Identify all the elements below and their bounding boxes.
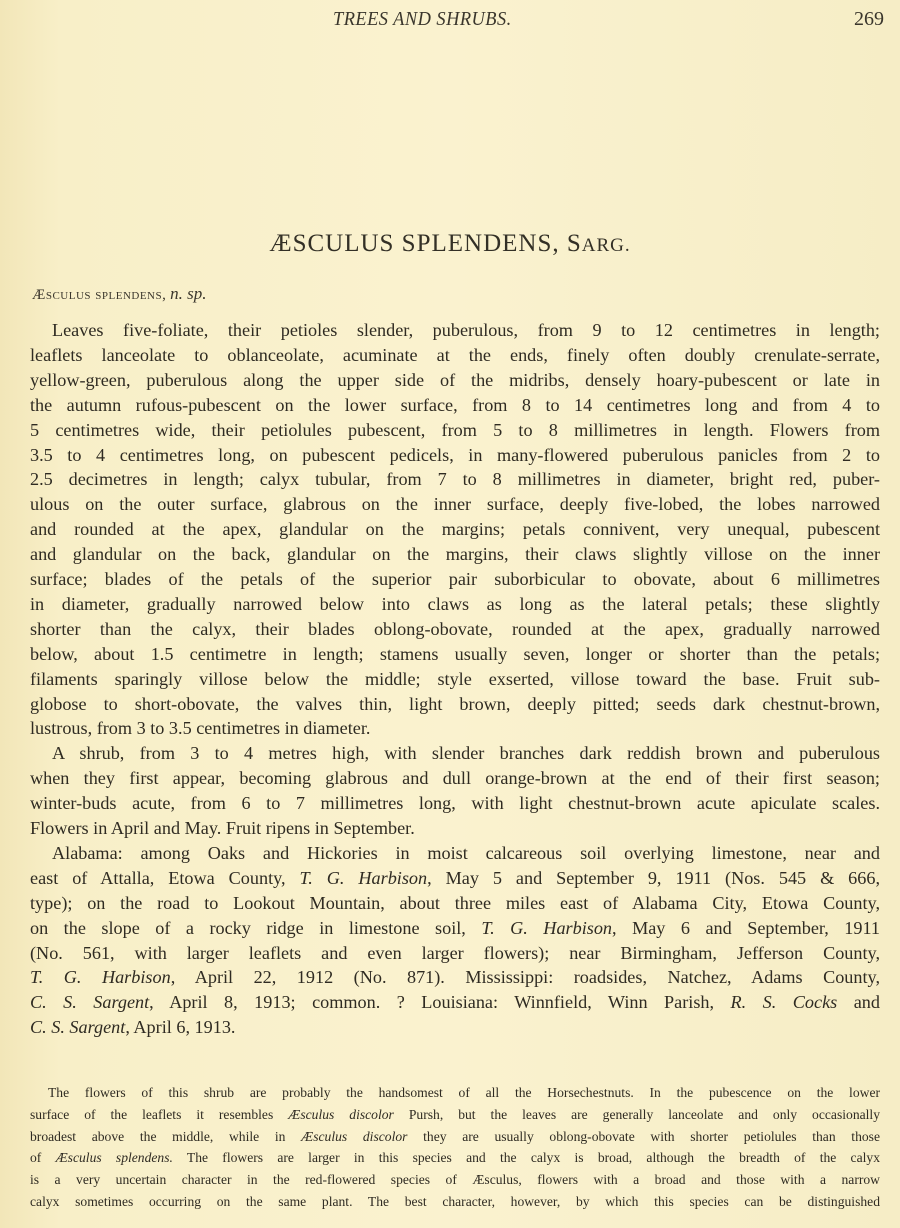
description-line: shorter than the calyx, their blades obl… (30, 617, 880, 641)
text-run: they are usually oblong-obovate with sho… (407, 1129, 880, 1144)
description-line: yellow-green, puberulous along the upper… (30, 368, 880, 392)
remarks-line: broadest above the middle, while in Æscu… (30, 1126, 880, 1148)
description-line: the autumn rufous-pubescent on the lower… (30, 393, 880, 417)
description-line: lustrous, from 3 to 3.5 centimetres in d… (30, 716, 880, 740)
description-line: and rounded at the apex, glandular on th… (30, 517, 880, 541)
collector-name: Æsculus discolor (301, 1129, 407, 1144)
habit-line: winter-buds acute, from 6 to 7 millimetr… (30, 791, 880, 815)
text-run: is a very uncertain character in the red… (30, 1172, 880, 1187)
collector-name: C. S. Sargent (30, 1017, 125, 1037)
text-run: Alabama: among Oaks and Hickories in moi… (52, 843, 880, 863)
locality-line: on the slope of a rocky ridge in limesto… (30, 916, 880, 940)
habit-line: A shrub, from 3 to 4 metres high, with s… (30, 741, 880, 765)
species-title: ÆSCULUS SPLENDENS, SARG. (0, 230, 900, 258)
collector-name: Æsculus splendens. (56, 1150, 173, 1165)
collector-name: Æsculus discolor (288, 1107, 394, 1122)
text-run: , April 6, 1913. (125, 1017, 235, 1037)
description-line: 3.5 to 4 centimetres long, on pubescent … (30, 443, 880, 467)
text-run: , April 8, 1913; common. ? Louisiana: Wi… (149, 992, 730, 1012)
description-line: globose to short-obovate, the valves thi… (30, 692, 880, 716)
remarks-line: calyx sometimes occurring on the same pl… (30, 1191, 880, 1213)
collector-name: C. S. Sargent (30, 992, 149, 1012)
text-run: and (837, 992, 880, 1012)
species-title-author: SARG. (567, 235, 631, 256)
species-title-name: ÆSCULUS SPLENDENS, (269, 230, 559, 257)
text-run: Pursh, but the leaves are generally lanc… (394, 1107, 880, 1122)
page-number: 269 (854, 8, 884, 31)
synonym-note: n. sp. (170, 284, 206, 303)
description-line: leaflets lanceolate to oblanceolate, acu… (30, 343, 880, 367)
text-run: on the slope of a rocky ridge in limesto… (30, 918, 481, 938)
locality-line: east of Attalla, Etowa County, T. G. Har… (30, 866, 880, 890)
text-run: type); on the road to Lookout Mountain, … (30, 893, 880, 913)
locality-line: (No. 561, with larger leaflets and even … (30, 941, 880, 965)
collector-name: T. G. Harbison (30, 967, 171, 987)
text-run: surface of the leaflets it resembles (30, 1107, 288, 1122)
description-line: ulous on the outer surface, glabrous on … (30, 492, 880, 516)
description-line: 2.5 decimetres in length; calyx tubular,… (30, 467, 880, 491)
description-line: below, about 1.5 centimetre in length; s… (30, 642, 880, 666)
habit-line: Flowers in April and May. Fruit ripens i… (30, 816, 880, 840)
text-run: , May 6 and September, 1911 (612, 918, 880, 938)
text-run: The flowers of this shrub are probably t… (48, 1085, 880, 1100)
text-run: (No. 561, with larger leaflets and even … (30, 943, 880, 963)
description-line: in diameter, gradually narrowed below in… (30, 592, 880, 616)
locality-line: type); on the road to Lookout Mountain, … (30, 891, 880, 915)
collector-name: R. S. Cocks (731, 992, 838, 1012)
text-run: , May 5 and September 9, 1911 (Nos. 545 … (427, 868, 880, 888)
remarks-line: surface of the leaflets it resembles Æsc… (30, 1104, 880, 1126)
locality-line: Alabama: among Oaks and Hickories in moi… (30, 841, 880, 865)
text-run: broadest above the middle, while in (30, 1129, 301, 1144)
text-run: of (30, 1150, 56, 1165)
description-line: 5 centimetres wide, their petiolules pub… (30, 418, 880, 442)
synonym-name: Æsculus splendens, (32, 287, 166, 303)
habit-line: when they first appear, becoming glabrou… (30, 766, 880, 790)
remarks-line: of Æsculus splendens. The flowers are la… (30, 1147, 880, 1169)
text-run: east of Attalla, Etowa County, (30, 868, 300, 888)
text-run: , April 22, 1912 (No. 871). Mississippi:… (171, 967, 880, 987)
book-page: TREES AND SHRUBS. 269 ÆSCULUS SPLENDENS,… (0, 0, 900, 1228)
description-line: and glandular on the back, glandular on … (30, 542, 880, 566)
text-run: calyx sometimes occurring on the same pl… (30, 1194, 880, 1209)
remarks-line: is a very uncertain character in the red… (30, 1169, 880, 1191)
locality-line: T. G. Harbison, April 22, 1912 (No. 871)… (30, 965, 880, 989)
description-line: Leaves five-foliate, their petioles slen… (30, 318, 880, 342)
description-line: surface; blades of the petals of the sup… (30, 567, 880, 591)
text-run: The flowers are larger in this species a… (173, 1150, 880, 1165)
collector-name: T. G. Harbison (300, 868, 428, 888)
locality-line: C. S. Sargent, April 8, 1913; common. ? … (30, 990, 880, 1014)
remarks-line: The flowers of this shrub are probably t… (30, 1082, 880, 1104)
collector-name: T. G. Harbison (481, 918, 612, 938)
synonym-line: Æsculus splendens, n. sp. (32, 284, 206, 304)
running-head: TREES AND SHRUBS. (333, 8, 512, 31)
locality-line: C. S. Sargent, April 6, 1913. (30, 1015, 880, 1039)
description-line: filaments sparingly villose below the mi… (30, 667, 880, 691)
